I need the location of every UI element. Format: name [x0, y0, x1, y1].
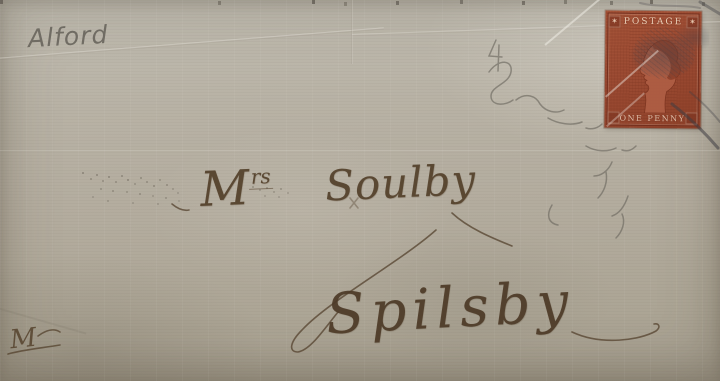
cancellation-hatch	[633, 27, 696, 80]
paper-crease	[351, 0, 353, 64]
address-line-town: Spilsby	[324, 270, 575, 348]
recipient-surname: Soulby	[324, 155, 477, 211]
postal-cover: Alford MrsSoulby Spilsby	[0, 0, 720, 381]
smudged-postmark	[82, 172, 84, 174]
honorific-initial: M	[199, 160, 251, 218]
torn-edge-marks	[0, 0, 3, 4]
penny-red-stamp: ✶ POSTAGE ✶ ONE PENNY	[604, 11, 701, 129]
address-line-recipient: MrsSoulby	[199, 150, 477, 218]
check-letter-box	[685, 112, 697, 124]
paper-crease	[0, 150, 720, 151]
honorific-superscript: rs	[248, 164, 273, 190]
stamp-one-penny-label: ONE PENNY	[619, 113, 685, 123]
pencil-docket-alford: Alford	[27, 20, 109, 53]
bottom-left-initial-mark: M	[9, 323, 39, 356]
